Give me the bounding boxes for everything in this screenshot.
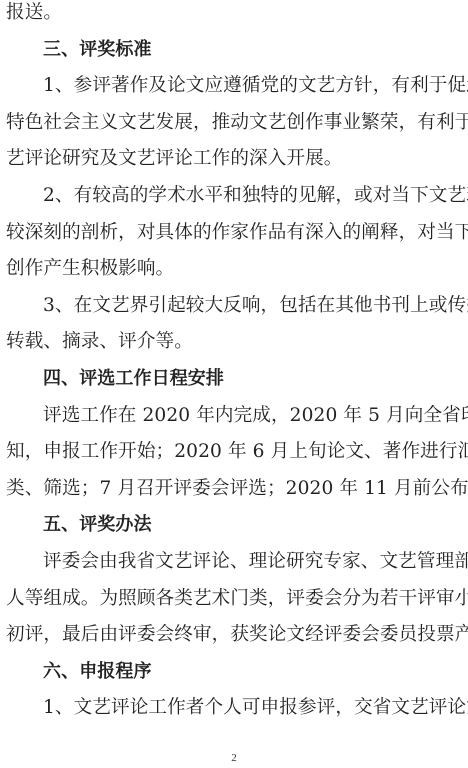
paragraph-line: 报送。 (6, 0, 459, 37)
section-heading-schedule: 四、评选工作日程安排 (6, 366, 459, 403)
paragraph-line: 初评，最后由评委会终审，获奖论文经评委会委员投票产生。 (6, 622, 459, 659)
paragraph-line: 艺评论研究及文艺评论工作的深入开展。 (6, 146, 459, 183)
section-heading-criteria: 三、评奖标准 (6, 37, 459, 74)
paragraph-line: 1、参评著作及论文应遵循党的文艺方针，有利于促进中国 (6, 73, 459, 110)
paragraph-line: 较深刻的剖析，对具体的作家作品有深入的阐释，对当下的文艺 (6, 220, 459, 257)
paragraph-line: 特色社会主义文艺发展，推动文艺创作事业繁荣，有利于全国文 (6, 110, 459, 147)
paragraph-line: 2、有较高的学术水平和独特的见解，或对当下文艺现象有 (6, 183, 459, 220)
paragraph-line: 类、筛选；7 月召开评委会评选；2020 年 11 月前公布评奖结果。 (6, 476, 459, 513)
paragraph-line: 评选工作在 2020 年内完成，2020 年 5 月向全省印发评奖通 (6, 403, 459, 440)
paragraph-line: 转载、摘录、评介等。 (6, 329, 459, 366)
paragraph-line: 评委会由我省文艺评论、理论研究专家、文艺管理部门负责 (6, 549, 459, 586)
paragraph-line: 3、在文艺界引起较大反响，包括在其他书刊上或传媒上的 (6, 293, 459, 330)
paragraph-line: 创作产生积极影响。 (6, 256, 459, 293)
paragraph-line: 人等组成。为照顾各类艺术门类，评委会分为若干评审小组进行 (6, 586, 459, 623)
section-heading-method: 五、评奖办法 (6, 512, 459, 549)
paragraph-line: 知，申报工作开始；2020 年 6 月上旬论文、著作进行汇总、分 (6, 439, 459, 476)
document-page: 报送。 三、评奖标准 1、参评著作及论文应遵循党的文艺方针，有利于促进中国 特色… (6, 0, 459, 732)
page-number: 2 (0, 752, 468, 764)
section-heading-procedure: 六、申报程序 (6, 659, 459, 696)
paragraph-line: 1、文艺评论工作者个人可申报参评，交省文艺评论家协会 (6, 695, 459, 732)
